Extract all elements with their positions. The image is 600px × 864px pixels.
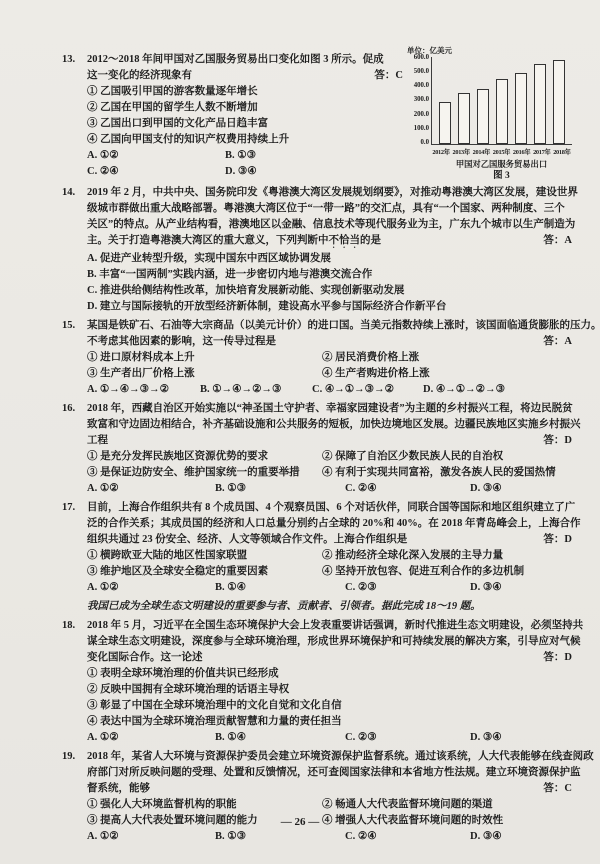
options-row: ③ 是保证边防安全、维护国家统一的重要举措 ④ 有利于实现共同富裕，激发各族人民…: [87, 465, 572, 481]
stem-text: 这一变化的经济现象有: [87, 68, 192, 84]
chart-xtick-label: 2018年: [552, 149, 572, 157]
choice-b: B. 丰富“一国两制”实践内涵，进一步密切内地与港澳交流合作: [87, 267, 572, 283]
chart-bar: [534, 64, 546, 144]
choice-d: D. 建立与国际接轨的开放型经济新体制，建设高水平参与国际经济合作新平台: [87, 299, 572, 315]
stem-line: 致富和守边固边相结合，补齐基础设施和公共服务的短板，加快边境地区发展。边疆民族地…: [87, 417, 572, 433]
chart-xtick-label: 2012年: [431, 149, 451, 157]
chart-bar: [515, 73, 527, 144]
option-item: ② 反映中国拥有全球环境治理的话语主导权: [87, 682, 572, 698]
stem-line: 工程 答：D: [87, 433, 572, 449]
option-item: ③ 乙国出口到甲国的文化产品日趋丰富: [87, 116, 403, 132]
choice-a: A. ①②: [87, 580, 215, 596]
chart-bar: [477, 89, 489, 144]
choices-row: C. ②④ D. ③④: [87, 164, 403, 180]
option-item: ① 是充分发挥民族地区资源优势的要求: [87, 449, 322, 465]
figure-label: 图 3: [431, 171, 572, 182]
choice-b: B. ①→④→②→③: [200, 382, 312, 398]
choice-c: C. ②③: [345, 730, 470, 746]
stem-line: 府部门对所反映问题的受理、处置和反馈情况，还可查阅国家法律和本省地方性法规。建立…: [87, 765, 572, 781]
choice-d: D. ③④: [470, 829, 572, 845]
option-item: ① 表明全球环境治理的价值共识已经形成: [87, 666, 572, 682]
stem-line: 2018 年，西藏自治区开始实施以“神圣国土守护者、幸福家园建设者”为主题的乡村…: [87, 401, 572, 417]
options-row: ③ 生产者出厂价格上涨 ④ 生产者购进价格上涨: [87, 366, 572, 382]
choice-c: C. 推进供给侧结构性改革，加快培育发展新动能、实现创新驱动发展: [87, 283, 572, 299]
choice-d: D. ③④: [470, 580, 572, 596]
chart-unit-label: 单位：亿美元: [407, 46, 572, 55]
question-13: 13. 2012～2018 年间甲国对乙国服务贸易出口变化如图 3 所示。促成 …: [62, 52, 572, 182]
choice-b: B. ①④: [215, 580, 345, 596]
option-item: ① 强化人大环境监督机构的职能: [87, 797, 322, 813]
option-item: ④ 坚持开放包容、促进互利合作的多边机制: [322, 564, 572, 580]
answer-label: 答：A: [543, 233, 572, 251]
option-item: ② 畅通人大代表监督环境问题的渠道: [322, 797, 572, 813]
stem-line: 2018 年 5 月，习近平在全国生态环境保护大会上发表重要讲话强调，新时代推进…: [87, 618, 572, 634]
options-row: ① 是充分发挥民族地区资源优势的要求 ② 保障了自治区少数民族人民的自治权: [87, 449, 572, 465]
stem-text: 变化国际合作。这一论述: [87, 650, 203, 666]
option-item: ③ 维护地区及全球安全稳定的重要因素: [87, 564, 322, 580]
stem-text: 工程: [87, 433, 108, 449]
passage-lead-in: 我国已成为全球生态文明建设的重要参与者、贡献者、引领者。据此完成 18～19 题…: [62, 599, 572, 615]
option-item: ③ 彰显了中国在全球环境治理中的文化自觉和文化自信: [87, 698, 572, 714]
choice-b: B. ①③: [215, 829, 345, 845]
choice-b: B. ①③: [225, 148, 403, 164]
question-13-body: 2012～2018 年间甲国对乙国服务贸易出口变化如图 3 所示。促成 这一变化…: [87, 52, 403, 180]
chart-xtick-label: 2014年: [471, 149, 491, 157]
chart-xtick-label: 2013年: [451, 149, 471, 157]
option-item: ③ 生产者出厂价格上涨: [87, 366, 322, 382]
question-number: 19.: [62, 749, 75, 765]
options-row: ① 进口原材料成本上升 ② 居民消费价格上涨: [87, 350, 572, 366]
stem-line: 主。关于打造粤港澳大湾区的重大意义，下列判断中不恰当的是 答：A: [87, 233, 572, 251]
option-item: ④ 乙国向甲国支付的知识产权费用持续上升: [87, 132, 403, 148]
chart-ytick-label: 200.0: [407, 111, 429, 118]
stem-line: 关区”的特点。从产业结构看，港澳地区以金融、信息技术等现代服务业为主，广东九个城…: [87, 217, 572, 233]
stem-line: 泛的合作关系；其成员国的经济和人口总量分别约占全球的 20%和 40%。在 20…: [87, 516, 572, 532]
stem-line: 变化国际合作。这一论述 答：D: [87, 650, 572, 666]
chart-bar: [439, 102, 451, 144]
option-item: ① 乙国吸引甲国的游客数量逐年增长: [87, 84, 403, 100]
question-number: 18.: [62, 618, 75, 634]
option-item: ④ 有利于实现共同富裕，激发各族人民的爱国热情: [322, 465, 572, 481]
question-number: 15.: [62, 318, 75, 334]
stem-line: 不考虑其他因素的影响，这一传导过程是 答：A: [87, 334, 572, 350]
option-item: ② 推动经济全球化深入发展的主导力量: [322, 548, 572, 564]
answer-label: 答：C: [374, 68, 403, 84]
option-item: ④ 表达中国为全球环境治理贡献智慧和力量的责任担当: [87, 714, 572, 730]
stem-line: 2018 年，某省人大环境与资源保护委员会建立环境资源保护监督系统。通过该系统，…: [87, 749, 572, 765]
stem-text: 督系统，能够: [87, 781, 150, 797]
chart-xtick-label: 2016年: [512, 149, 532, 157]
choice-a: A. ①→④→③→②: [87, 382, 200, 398]
option-item: ② 居民消费价格上涨: [322, 350, 572, 366]
chart-bar: [458, 93, 470, 144]
choice-c: C. ②③: [345, 580, 470, 596]
choice-a: A. ①②: [87, 730, 215, 746]
question-19: 19. 2018 年，某省人大环境与资源保护委员会建立环境资源保护监督系统。通过…: [62, 749, 572, 845]
chart-ytick-label: 500.0: [407, 68, 429, 75]
figure-3-bar-chart: 单位：亿美元 600.0500.0400.0300.0200.0100.00.0…: [407, 46, 572, 182]
stem-line: 某国是铁矿石、石油等大宗商品（以美元计价）的进口国。当美元指数持续上涨时，该国面…: [87, 318, 572, 334]
choice-c: C. ②④: [87, 164, 225, 180]
option-item: ① 横跨欧亚大陆的地区性国家联盟: [87, 548, 322, 564]
choices-row: A. ①② B. ①④ C. ②③ D. ③④: [87, 580, 572, 596]
stem-text-post: 的是: [360, 235, 381, 246]
choice-d: D. ④→①→②→③: [423, 382, 572, 398]
question-15: 15. 某国是铁矿石、石油等大宗商品（以美元计价）的进口国。当美元指数持续上涨时…: [62, 318, 572, 398]
chart-caption: 甲国对乙国服务贸易出口: [431, 159, 572, 170]
answer-label: 答：D: [543, 433, 572, 449]
choices-row: A. ①② B. ①③: [87, 148, 403, 164]
options-row: ① 横跨欧亚大陆的地区性国家联盟 ② 推动经济全球化深入发展的主导力量: [87, 548, 572, 564]
stem-line: 组织共通过 23 份安全、经济、人文等领域合作文件。上海合作组织是 答：D: [87, 532, 572, 548]
stem-text-pre: 主。关于打造粤港澳大湾区的重大意义，下列判断中: [87, 235, 329, 246]
question-number: 17.: [62, 500, 75, 516]
option-item: ③ 是保证边防安全、维护国家统一的重要举措: [87, 465, 322, 481]
stem-text: 主。关于打造粤港澳大湾区的重大意义，下列判断中不恰当的是: [87, 233, 381, 251]
choices-row: A. ①→④→③→② B. ①→④→②→③ C. ④→①→③→② D. ④→①→…: [87, 382, 572, 398]
chart-xtick-label: 2015年: [491, 149, 511, 157]
choices-row: A. ①② B. ①③ C. ②④ D. ③④: [87, 481, 572, 497]
question-16: 16. 2018 年，西藏自治区开始实施以“神圣国土守护者、幸福家园建设者”为主…: [62, 401, 572, 497]
choice-d: D. ③④: [225, 164, 403, 180]
stem-text: 不考虑其他因素的影响，这一传导过程是: [87, 334, 276, 350]
stem-line: 目前，上海合作组织共有 8 个成员国、4 个观察员国、6 个对话伙伴，同联合国等…: [87, 500, 572, 516]
choice-d: D. ③④: [470, 481, 572, 497]
chart-ytick-label: 400.0: [407, 82, 429, 89]
answer-label: 答：D: [543, 532, 572, 548]
chart-ytick-label: 600.0: [407, 54, 429, 61]
stem-line: 级城市群做出重大战略部署。粤港澳大湾区位于“一带一路”的交汇点，具有“一个国家、…: [87, 201, 572, 217]
chart-xlabels: 2012年2013年2014年2015年2016年2017年2018年: [431, 149, 572, 157]
option-item: ① 进口原材料成本上升: [87, 350, 322, 366]
choice-a: A. ①②: [87, 481, 215, 497]
chart-yticks: 600.0500.0400.0300.0200.0100.00.0: [407, 54, 431, 146]
chart-bar: [496, 79, 508, 144]
question-13-row: 2012～2018 年间甲国对乙国服务贸易出口变化如图 3 所示。促成 这一变化…: [87, 52, 572, 182]
chart-ytick-label: 300.0: [407, 96, 429, 103]
stem-line: 谋全球生态文明建设，深度参与全球环境治理，形成世界环境保护和可持续发展的解决方案…: [87, 634, 572, 650]
answer-label: 答：A: [543, 334, 572, 350]
choice-b: B. ①④: [215, 730, 345, 746]
chart-ytick-label: 0.0: [407, 139, 429, 146]
choice-b: B. ①③: [215, 481, 345, 497]
stem-line: 2019 年 2 月，中共中央、国务院印发《粤港澳大湾区发展规划纲要》，对推动粤…: [87, 185, 572, 201]
stem-line: 2012～2018 年间甲国对乙国服务贸易出口变化如图 3 所示。促成: [87, 52, 403, 68]
choice-c: C. ②④: [345, 829, 470, 845]
answer-label: 答：D: [543, 650, 572, 666]
exam-page: 13. 2012～2018 年间甲国对乙国服务贸易出口变化如图 3 所示。促成 …: [0, 0, 600, 864]
options-row: ① 强化人大环境监督机构的职能 ② 畅通人大代表监督环境问题的渠道: [87, 797, 572, 813]
choices-row: A. ①② B. ①③ C. ②④ D. ③④: [87, 829, 572, 845]
chart-ytick-label: 100.0: [407, 125, 429, 132]
choice-a: A. 促进产业转型升级，实现中国东中西区域协调发展: [87, 251, 572, 267]
options-row: ③ 维护地区及全球安全稳定的重要因素 ④ 坚持开放包容、促进互利合作的多边机制: [87, 564, 572, 580]
choice-c: C. ④→①→③→②: [312, 382, 423, 398]
question-number: 14.: [62, 185, 75, 201]
choice-a: A. ①②: [87, 829, 215, 845]
choice-d: D. ③④: [470, 730, 572, 746]
question-18: 18. 2018 年 5 月，习近平在全国生态环境保护大会上发表重要讲话强调，新…: [62, 618, 572, 746]
chart-bar: [553, 60, 565, 144]
question-number: 13.: [62, 52, 75, 68]
emphasized-text: 不恰当: [329, 235, 361, 246]
question-14: 14. 2019 年 2 月，中共中央、国务院印发《粤港澳大湾区发展规划纲要》，…: [62, 185, 572, 315]
option-item: ② 乙国在甲国的留学生人数不断增加: [87, 100, 403, 116]
stem-text: 组织共通过 23 份安全、经济、人文等领域合作文件。上海合作组织是: [87, 532, 407, 548]
chart-xtick-label: 2017年: [532, 149, 552, 157]
answer-label: 答：C: [543, 781, 572, 797]
choice-c: C. ②④: [345, 481, 470, 497]
stem-line: 这一变化的经济现象有 答：C: [87, 68, 403, 84]
option-item: ② 保障了自治区少数民族人民的自治权: [322, 449, 572, 465]
chart-plot-row: 600.0500.0400.0300.0200.0100.00.0: [407, 57, 572, 149]
option-item: ④ 生产者购进价格上涨: [322, 366, 572, 382]
question-number: 16.: [62, 401, 75, 417]
choices-row: A. ①② B. ①④ C. ②③ D. ③④: [87, 730, 572, 746]
stem-line: 督系统，能够 答：C: [87, 781, 572, 797]
page-number: — 26 —: [0, 814, 600, 830]
chart-bars: [431, 57, 572, 145]
choice-a: A. ①②: [87, 148, 225, 164]
question-17: 17. 目前，上海合作组织共有 8 个成员国、4 个观察员国、6 个对话伙伴，同…: [62, 500, 572, 596]
